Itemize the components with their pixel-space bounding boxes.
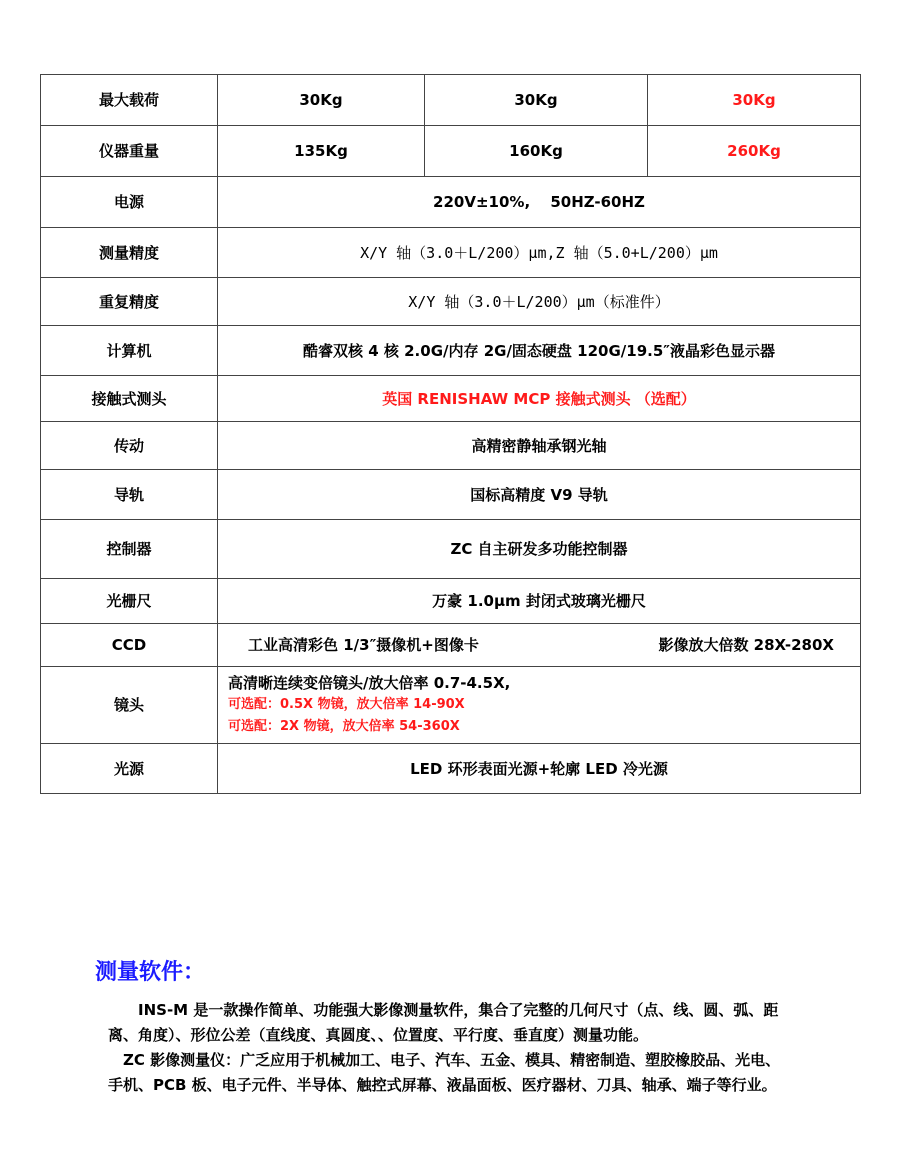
table-row: 光栅尺 万豪 1.0μm 封闭式玻璃光栅尺 bbox=[41, 579, 861, 624]
cell-value: 160Kg bbox=[425, 126, 648, 177]
row-label: 导轨 bbox=[41, 470, 218, 520]
ccd-camera: 工业高清彩色 1/3″摄像机+图像卡 bbox=[248, 636, 479, 654]
lens-option-2: 可选配：2X 物镜，放大倍率 54-360X bbox=[228, 716, 856, 738]
row-label: 重复精度 bbox=[41, 278, 218, 326]
cell-value: 酷睿双核 4 核 2.0G/内存 2G/固态硬盘 120G/19.5″液晶彩色显… bbox=[218, 326, 861, 376]
table-row: 传动 高精密静轴承钢光轴 bbox=[41, 422, 861, 470]
software-paragraph-1: INS-M 是一款操作简单、功能强大影像测量软件，集合了完整的几何尺寸（点、线、… bbox=[108, 998, 788, 1048]
ccd-values: 工业高清彩色 1/3″摄像机+图像卡 影像放大倍数 28X-280X bbox=[222, 636, 856, 654]
cell-value: X/Y 轴（3.0＋L/200）μm,Z 轴（5.0+L/200）μm bbox=[218, 228, 861, 278]
cell-value: 30Kg bbox=[218, 75, 425, 126]
cell-value-highlight: 260Kg bbox=[648, 126, 861, 177]
cell-value: X/Y 轴（3.0＋L/200）μm（标准件） bbox=[218, 278, 861, 326]
software-paragraph-2: ZC 影像测量仪：广乏应用于机械加工、电子、汽车、五金、模具、精密制造、塑胶橡胶… bbox=[108, 1048, 788, 1098]
lens-standard: 高清晰连续变倍镜头/放大倍率 0.7-4.5X, bbox=[228, 672, 856, 694]
table-row: 计算机 酷睿双核 4 核 2.0G/内存 2G/固态硬盘 120G/19.5″液… bbox=[41, 326, 861, 376]
row-label: 仪器重量 bbox=[41, 126, 218, 177]
cell-value: 135Kg bbox=[218, 126, 425, 177]
ccd-magnification: 影像放大倍数 28X-280X bbox=[658, 636, 834, 654]
table-row: 控制器 ZC 自主研发多功能控制器 bbox=[41, 520, 861, 579]
cell-value: 高清晰连续变倍镜头/放大倍率 0.7-4.5X, 可选配：0.5X 物镜，放大倍… bbox=[218, 667, 861, 744]
row-label: CCD bbox=[41, 624, 218, 667]
table-row: 重复精度 X/Y 轴（3.0＋L/200）μm（标准件） bbox=[41, 278, 861, 326]
row-label: 最大载荷 bbox=[41, 75, 218, 126]
cell-value: LED 环形表面光源+轮廓 LED 冷光源 bbox=[218, 744, 861, 794]
table-row: 仪器重量 135Kg 160Kg 260Kg bbox=[41, 126, 861, 177]
table-row: 接触式测头 英国 RENISHAW MCP 接触式测头 （选配） bbox=[41, 376, 861, 422]
table-row: 测量精度 X/Y 轴（3.0＋L/200）μm,Z 轴（5.0+L/200）μm bbox=[41, 228, 861, 278]
table-row: 光源 LED 环形表面光源+轮廓 LED 冷光源 bbox=[41, 744, 861, 794]
cell-value-highlight: 30Kg bbox=[648, 75, 861, 126]
spec-table: 最大载荷 30Kg 30Kg 30Kg 仪器重量 135Kg 160Kg 260… bbox=[40, 74, 861, 794]
software-heading: 测量软件： bbox=[95, 955, 205, 986]
row-label: 计算机 bbox=[41, 326, 218, 376]
cell-value-highlight: 英国 RENISHAW MCP 接触式测头 （选配） bbox=[218, 376, 861, 422]
row-label: 光栅尺 bbox=[41, 579, 218, 624]
row-label: 电源 bbox=[41, 177, 218, 228]
cell-value: 万豪 1.0μm 封闭式玻璃光栅尺 bbox=[218, 579, 861, 624]
table-row: 最大载荷 30Kg 30Kg 30Kg bbox=[41, 75, 861, 126]
row-label: 测量精度 bbox=[41, 228, 218, 278]
row-label: 光源 bbox=[41, 744, 218, 794]
row-label: 传动 bbox=[41, 422, 218, 470]
table-row: 导轨 国标高精度 V9 导轨 bbox=[41, 470, 861, 520]
lens-option-1: 可选配：0.5X 物镜，放大倍率 14-90X bbox=[228, 694, 856, 716]
cell-value: ZC 自主研发多功能控制器 bbox=[218, 520, 861, 579]
cell-value: 工业高清彩色 1/3″摄像机+图像卡 影像放大倍数 28X-280X bbox=[218, 624, 861, 667]
row-label: 控制器 bbox=[41, 520, 218, 579]
row-label: 接触式测头 bbox=[41, 376, 218, 422]
row-label: 镜头 bbox=[41, 667, 218, 744]
cell-value: 220V±10%, 50HZ-60HZ bbox=[218, 177, 861, 228]
table-row: CCD 工业高清彩色 1/3″摄像机+图像卡 影像放大倍数 28X-280X bbox=[41, 624, 861, 667]
table-row: 镜头 高清晰连续变倍镜头/放大倍率 0.7-4.5X, 可选配：0.5X 物镜，… bbox=[41, 667, 861, 744]
cell-value: 国标高精度 V9 导轨 bbox=[218, 470, 861, 520]
table-row: 电源 220V±10%, 50HZ-60HZ bbox=[41, 177, 861, 228]
cell-value: 高精密静轴承钢光轴 bbox=[218, 422, 861, 470]
cell-value: 30Kg bbox=[425, 75, 648, 126]
software-description: INS-M 是一款操作简单、功能强大影像测量软件，集合了完整的几何尺寸（点、线、… bbox=[108, 998, 788, 1098]
